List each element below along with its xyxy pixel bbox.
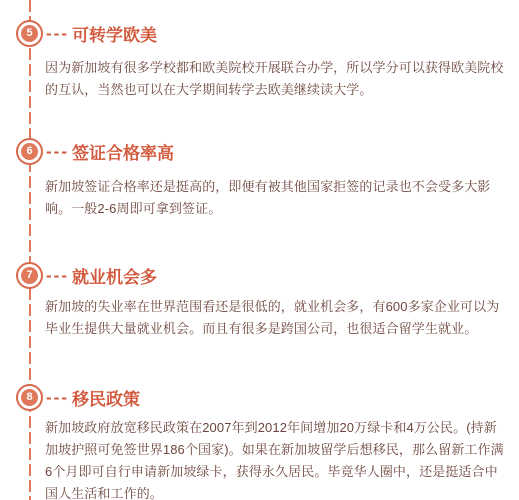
section-body: 新加坡政府放宽移民政策在2007年到2012年间增加20万绿卡和4万公民。(持新… <box>45 417 513 500</box>
section-body: 新加坡的失业率在世界范围看还是很低的，就业机会多，有600多家企业可以为 毕业生… <box>45 296 513 340</box>
section-title: 移民政策 <box>72 385 140 410</box>
article-page: 5 --- 可转学欧美 因为新加坡有很多学校都和欧美院校开展联合办学，所以学分可… <box>0 0 519 500</box>
section-heading: --- 签证合格率高 <box>46 138 174 165</box>
dash-connector: --- <box>46 388 69 408</box>
dash-connector: --- <box>46 24 69 44</box>
step-number: 8 <box>21 389 38 406</box>
section-title: 可转学欧美 <box>72 21 157 46</box>
dash-connector: --- <box>46 266 69 286</box>
step-number-badge: 7 <box>16 262 43 289</box>
step-number: 6 <box>21 143 38 160</box>
dash-connector: --- <box>46 142 69 162</box>
step-number: 7 <box>21 267 38 284</box>
section-title: 就业机会多 <box>72 263 157 288</box>
step-number-badge: 8 <box>16 384 43 411</box>
section-heading: --- 移民政策 <box>46 384 140 411</box>
step-number-badge: 5 <box>16 20 43 47</box>
timeline-dashed-line <box>29 0 31 500</box>
section-title: 签证合格率高 <box>72 139 174 164</box>
section-body: 因为新加坡有很多学校都和欧美院校开展联合办学，所以学分可以获得欧美院校 的互认，… <box>45 57 513 101</box>
step-number: 5 <box>21 25 38 42</box>
step-number-badge: 6 <box>16 138 43 165</box>
section-body: 新加坡签证合格率还是挺高的，即便有被其他国家拒签的记录也不会受多大影 响。一般2… <box>45 176 513 220</box>
section-heading: --- 可转学欧美 <box>46 20 157 47</box>
section-heading: --- 就业机会多 <box>46 262 157 289</box>
